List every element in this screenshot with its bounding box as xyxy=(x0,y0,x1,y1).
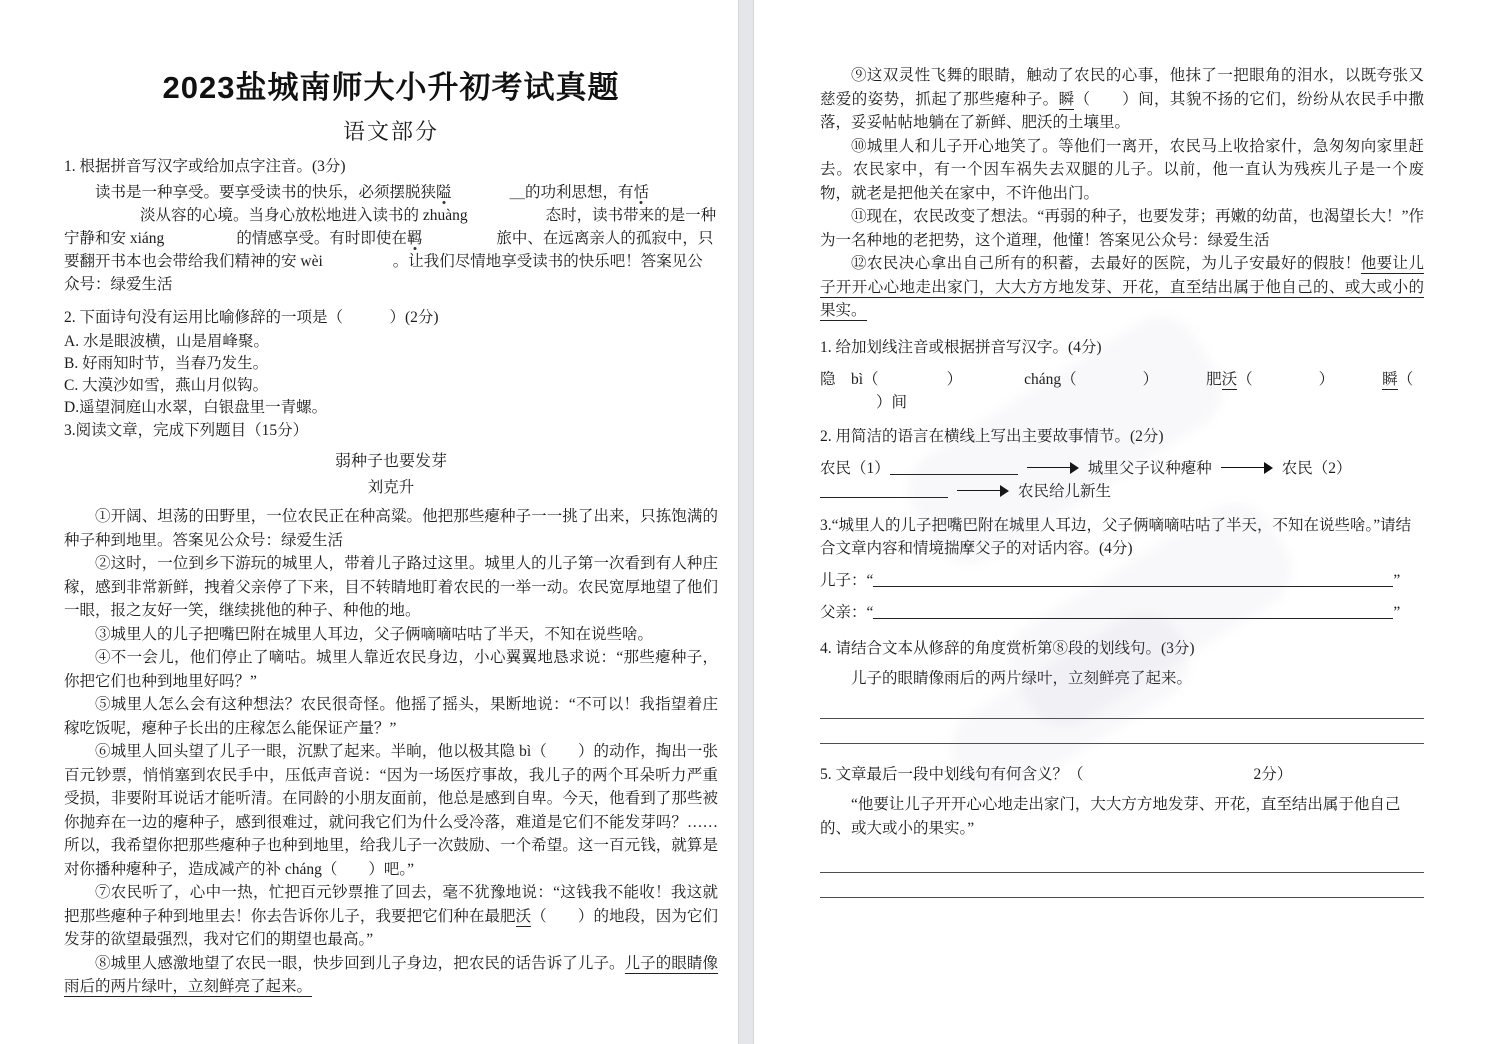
text-segment: ） xyxy=(1319,371,1335,388)
text-segment: ＿的功利思想，有 xyxy=(510,184,634,201)
arrow-icon xyxy=(957,485,1009,497)
exam-page-left: 2023盐城南师大小升初考试真题 语文部分 1. 根据拼音写汉字或给加点字注音。… xyxy=(0,0,738,1044)
reading-question-5-stem: 5. 文章最后一段中划线句有何含义？（2分） xyxy=(820,763,1424,786)
text-segment: ②这时，一位到乡下游玩的城里人，带着儿子路过这里。城里人的儿子第一次看到有人种庄… xyxy=(64,555,718,619)
gap xyxy=(64,219,140,220)
text-segment: （ xyxy=(1398,371,1414,388)
text-segment: ①开阔、坦荡的田野里，一位农民正在种高粱。他把那些瘪种子一一挑了出来，只拣饱满的… xyxy=(64,508,718,549)
text-segment: 父亲：“ xyxy=(820,604,873,621)
essay-paragraph-5: ⑤城里人怎么会有这种想法？农民很奇怪。他摇了摇头，果断地说：“不可以！我指望着庄… xyxy=(64,693,718,740)
reading-question-3-son-line: 儿子：“” xyxy=(820,569,1424,592)
blank-line xyxy=(820,482,948,498)
text-segment: 恬 xyxy=(634,184,650,201)
essay-paragraph-10: ⑩城里人和儿子开心地笑了。等他们一离开，农民马上收拾家什，急匆匆向家里赶去。农民… xyxy=(820,135,1424,206)
essay-paragraph-3: ③城里人的儿子把嘴巴附在城里人耳边，父子俩嘀嘀咕咕了半天，不知在说些啥。 xyxy=(64,623,718,647)
text-segment: ）间 xyxy=(876,394,907,411)
question-1-stem: 1. 根据拼音写汉字或给加点字注音。(3分) xyxy=(64,155,718,178)
reading-question-5-quote: “他要让儿子开开心心地走出家门，大大方方地发芽、开花，直至结出属于他自己的、或大… xyxy=(820,793,1424,841)
section-title: 语文部分 xyxy=(64,119,718,145)
text-segment: 2分） xyxy=(1254,766,1293,783)
reading-question-4-stem: 4. 请结合文本从修辞的角度赏析第⑧段的划线句。(3分) xyxy=(820,637,1424,660)
text-segment: 读书是一种享受。要享受读书的快乐，必须摆脱狭 xyxy=(95,184,436,201)
answer-line xyxy=(820,718,1424,719)
gap xyxy=(468,219,546,220)
blank-line xyxy=(873,603,1393,619)
option-a: A. 水是眼波横，山是眉峰聚。 xyxy=(64,331,718,353)
option-b: B. 好雨知时节，当春乃发生。 xyxy=(64,353,718,375)
essay-paragraph-12: ⑫农民决心拿出自己所有的积蓄，去最好的医院，为儿子安最好的假肢！他要让儿子开开心… xyxy=(820,252,1424,323)
answer-line xyxy=(820,743,1424,744)
essay-paragraph-6: ⑥城里人回头望了儿子一眼，沉默了起来。半晌，他以极其隐 bì（ ）的动作，掏出一… xyxy=(64,740,718,881)
essay-title: 弱种子也要发芽 xyxy=(64,451,718,473)
text-segment: 农民（2） xyxy=(1282,460,1352,477)
reading-question-1-stem: 1. 给加划线注音或根据拼音写汉字。(4分) xyxy=(820,336,1424,359)
reading-question-4-quote: 儿子的眼睛像雨后的两片绿叶，立刻鲜亮了起来。 xyxy=(820,667,1424,691)
text-segment: 城里父子议种瘪种 xyxy=(1088,460,1212,477)
essay-paragraph-8: ⑧城里人感激地望了农民一眼，快步回到儿子身边，把农民的话告诉了儿子。儿子的眼睛像… xyxy=(64,952,718,999)
gap xyxy=(1084,778,1254,779)
gap xyxy=(164,242,236,243)
answer-line xyxy=(820,897,1424,898)
reading-question-2-stem: 2. 用简洁的语言在横线上写出主要故事情节。(2分) xyxy=(820,425,1424,448)
essay-body-left: ①开阔、坦荡的田野里，一位农民正在种高粱。他把那些瘪种子一一挑了出来，只拣饱满的… xyxy=(64,505,718,999)
text-segment: 隐 bì（ xyxy=(820,371,879,388)
gap xyxy=(879,383,947,384)
text-segment: 农民给儿新生 xyxy=(1018,483,1111,500)
text-segment: ” xyxy=(1393,604,1400,621)
text-segment: cháng（ xyxy=(1024,371,1077,388)
gap xyxy=(323,265,393,266)
reading-question-2-flow: 农民（1）城里父子议种瘪种农民（2）农民给儿新生 xyxy=(820,457,1424,503)
essay-paragraph-11: ⑪现在，农民改变了想法。“再弱的种子，也要发芽；再嫩的幼苗，也渴望长大！”作为一… xyxy=(820,205,1424,252)
text-segment: ） xyxy=(1143,371,1159,388)
text-segment: ⑫农民决心拿出自己所有的积蓄，去最好的医院，为儿子安最好的假肢！ xyxy=(851,255,1361,272)
text-segment: ⑧城里人感激地望了农民一眼，快步回到儿子身边，把农民的话告诉了儿子。 xyxy=(95,955,625,972)
option-c: C. 大漠沙如雪，燕山月似钩。 xyxy=(64,375,718,397)
text-segment: 沃 xyxy=(516,908,532,927)
question-1-passage: 读书是一种享受。要享受读书的快乐，必须摆脱狭隘＿的功利思想，有恬淡从容的心境。当… xyxy=(64,181,718,296)
essay-paragraph-1: ①开阔、坦荡的田野里，一位农民正在种高粱。他把那些瘪种子一一挑了出来，只拣饱满的… xyxy=(64,505,718,552)
text-segment: 儿子：“ xyxy=(820,572,873,589)
gap xyxy=(1077,383,1143,384)
text-segment: 瞬 xyxy=(1382,371,1398,390)
text-segment: 农民（1） xyxy=(820,460,890,477)
question-3-stem: 3.阅读文章，完成下列题目（15分） xyxy=(64,419,718,442)
arrow-icon xyxy=(1027,462,1079,474)
text-segment: 羁 xyxy=(407,230,423,247)
text-segment: ③城里人的儿子把嘴巴附在城里人耳边，父子俩嘀嘀咕咕了半天，不知在说些啥。 xyxy=(95,626,653,643)
answer-line xyxy=(820,872,1424,873)
text-segment: ” xyxy=(1393,572,1400,589)
essay-body-right: ⑨这双灵性飞舞的眼睛，触动了农民的心事，他抹了一把眼角的泪水，以既夸张又慈爱的姿… xyxy=(820,64,1424,323)
text-segment: 隘 xyxy=(436,184,452,201)
gap xyxy=(422,242,496,243)
option-d: D.遥望洞庭山水翠，白银盘里一青螺。 xyxy=(64,397,718,419)
essay-paragraph-4: ④不一会儿，他们停止了嘀咕。城里人靠近农民身边，小心翼翼地恳求说：“那些瘪种子，… xyxy=(64,646,718,693)
question-2-options: A. 水是眼波横，山是眉峰聚。 B. 好雨知时节，当春乃发生。 C. 大漠沙如雪… xyxy=(64,331,718,419)
text-segment: 肥 xyxy=(1206,371,1222,388)
page-gap-divider xyxy=(738,0,754,1044)
blank-line xyxy=(873,571,1393,587)
essay-author: 刘克升 xyxy=(64,478,718,498)
text-segment: ⑥城里人回头望了儿子一眼，沉默了起来。半晌，他以极其隐 bì（ ）的动作，掏出一… xyxy=(64,743,718,878)
gap xyxy=(962,383,1024,384)
question-2-stem: 2. 下面诗句没有运用比喻修辞的一项是（ ）(2分) xyxy=(64,306,718,329)
text-segment: 瞬 xyxy=(1059,91,1075,110)
gap xyxy=(1253,383,1319,384)
essay-paragraph-2: ②这时，一位到乡下游玩的城里人，带着儿子路过这里。城里人的儿子第一次看到有人种庄… xyxy=(64,552,718,623)
blank-line xyxy=(890,459,1018,475)
reading-question-1-answer-row: 隐 bì（）cháng（）肥沃（）瞬（）间 xyxy=(820,368,1424,414)
text-segment: （ xyxy=(1237,371,1253,388)
arrow-icon xyxy=(1221,462,1273,474)
reading-question-3-father-line: 父亲：“” xyxy=(820,601,1424,624)
text-segment: ⑪现在，农民改变了想法。“再弱的种子，也要发芽；再嫩的幼苗，也渴望长大！”作为一… xyxy=(820,208,1424,249)
text-segment: ⑩城里人和儿子开心地笑了。等他们一离开，农民马上收拾家什，急匆匆向家里赶去。农民… xyxy=(820,138,1424,202)
exam-title: 2023盐城南师大小升初考试真题 xyxy=(64,70,718,106)
gap xyxy=(1334,383,1382,384)
essay-paragraph-9: ⑨这双灵性飞舞的眼睛，触动了农民的心事，他抹了一把眼角的泪水，以既夸张又慈爱的姿… xyxy=(820,64,1424,135)
reading-question-3-stem: 3.“城里人的儿子把嘴巴附在城里人耳边，父子俩嘀嘀咕咕了半天，不知在说些啥。”请… xyxy=(820,514,1424,560)
text-segment: 淡从容的心境。当身心放松地进入读书的 zhuàng xyxy=(140,207,468,224)
gap xyxy=(452,196,510,197)
text-segment: 的情感享受。有时即使在 xyxy=(236,230,407,247)
text-segment: ⑤城里人怎么会有这种想法？农民很奇怪。他摇了摇头，果断地说：“不可以！我指望着庄… xyxy=(64,696,718,737)
text-segment: 沃 xyxy=(1222,371,1238,390)
text-segment: ） xyxy=(947,371,963,388)
text-segment: 5. 文章最后一段中划线句有何含义？（ xyxy=(820,766,1084,783)
essay-paragraph-7: ⑦农民听了，心中一热，忙把百元钞票推了回去，毫不犹豫地说：“这钱我不能收！我这就… xyxy=(64,881,718,952)
gap xyxy=(1158,383,1206,384)
gap xyxy=(820,406,876,407)
text-segment: ④不一会儿，他们停止了嘀咕。城里人靠近农民身边，小心翼翼地恳求说：“那些瘪种子，… xyxy=(64,649,718,690)
exam-page-right: ⑨这双灵性飞舞的眼睛，触动了农民的心事，他抹了一把眼角的泪水，以既夸张又慈爱的姿… xyxy=(754,0,1494,1044)
